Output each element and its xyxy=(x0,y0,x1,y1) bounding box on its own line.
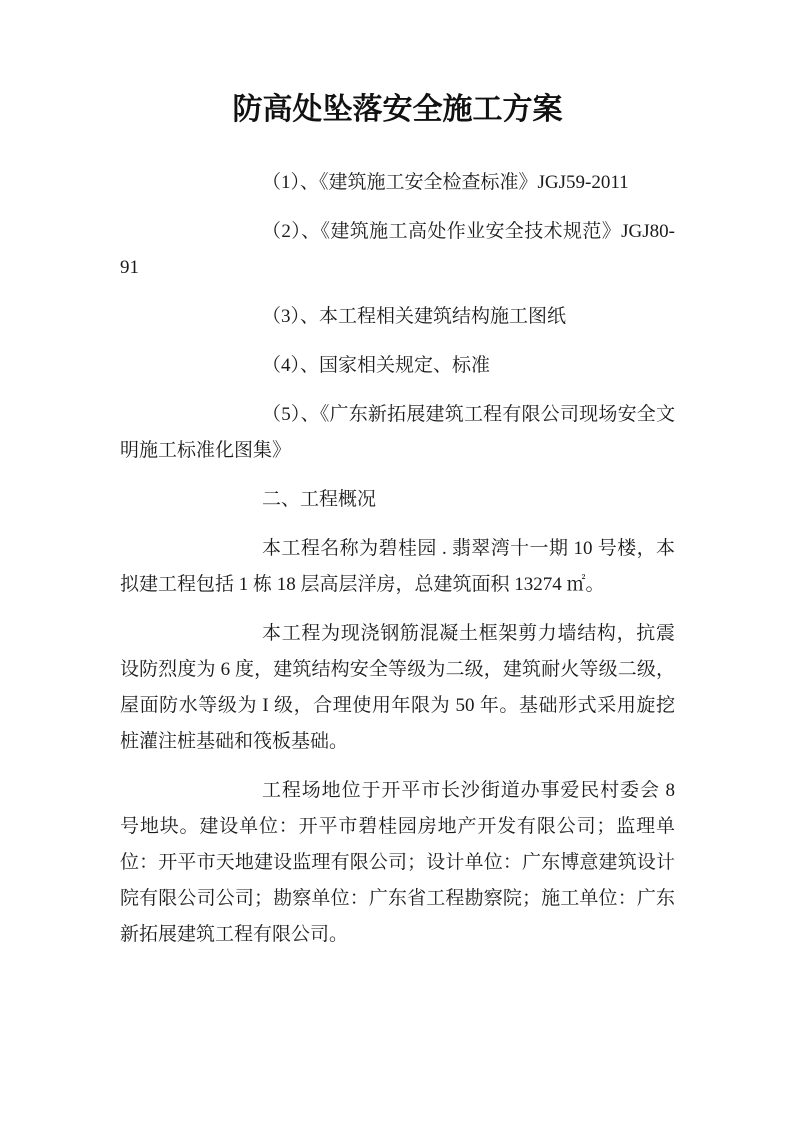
body-paragraph-1: 本工程名称为碧桂园 . 翡翠湾十一期 10 号楼，本拟建工程包括 1 栋 18 … xyxy=(120,531,675,603)
reference-item-2: （2）、《建筑施工高处作业安全技术规范》JGJ80-91 xyxy=(120,214,675,286)
body-paragraph-3: 工程场地位于开平市长沙街道办事爱民村委会 8 号地块。建设单位：开平市碧桂园房地… xyxy=(120,773,675,953)
document-page: 防高处坠落安全施工方案 （1）、《建筑施工安全检查标准》JGJ59-2011 （… xyxy=(0,0,793,1122)
section-heading: 二、工程概况 xyxy=(120,482,675,518)
reference-item-1: （1）、《建筑施工安全检查标准》JGJ59-2011 xyxy=(120,165,675,201)
body-paragraph-2: 本工程为现浇钢筋混凝土框架剪力墙结构，抗震设防烈度为 6 度，建筑结构安全等级为… xyxy=(120,616,675,760)
reference-item-4: （4）、国家相关规定、标准 xyxy=(120,348,675,384)
reference-item-5: （5）、《广东新拓展建筑工程有限公司现场安全文明施工标准化图集》 xyxy=(120,397,675,469)
reference-item-3: （3）、本工程相关建筑结构施工图纸 xyxy=(120,299,675,335)
document-title: 防高处坠落安全施工方案 xyxy=(120,89,675,131)
